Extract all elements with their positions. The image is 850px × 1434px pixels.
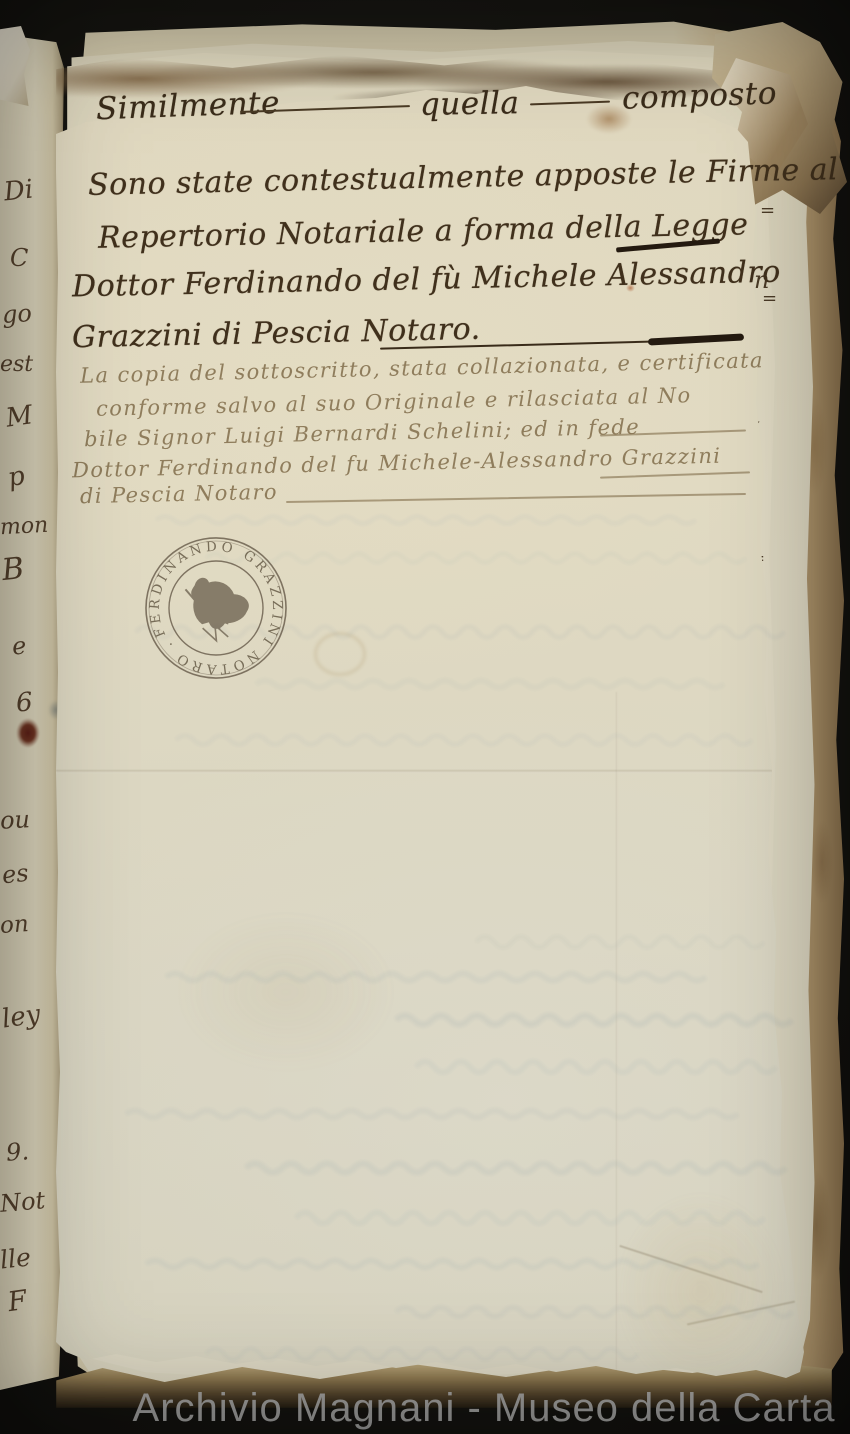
left-fragment: e <box>11 631 28 660</box>
left-fragment: B <box>0 551 26 588</box>
notary-stamp-seal: FERDINANDO GRAZZINI NOTARO . <box>138 530 294 686</box>
left-fragment: go <box>1 299 33 329</box>
left-fragment: Di <box>3 175 35 208</box>
scanned-document-page: Di C go est M p mon B e 6 ou es on ley 9… <box>0 0 850 1434</box>
left-fragment: F <box>6 1285 29 1318</box>
manuscript-partial-word: Similmente <box>95 85 280 127</box>
stamp-emblem-seated-figure <box>180 564 258 646</box>
left-fragment: 9. <box>5 1137 30 1167</box>
fold-crease <box>56 770 804 773</box>
left-fragment: es <box>1 859 30 890</box>
paper-stain <box>176 912 396 1072</box>
left-fragment: mon <box>0 513 49 540</box>
curled-corner-paper <box>0 26 30 106</box>
left-fragment: C <box>10 244 28 272</box>
notary-stamp: FERDINANDO GRAZZINI NOTARO . <box>138 530 294 686</box>
left-fragment: Not <box>0 1186 46 1218</box>
left-fragment: est <box>0 352 33 377</box>
fold-crease <box>619 1245 762 1293</box>
manuscript-faint-line: di Pescia Notaro <box>80 480 278 508</box>
left-fragment: lle <box>0 1242 32 1274</box>
left-fragment: 6 <box>15 687 34 718</box>
manuscript-partial-word: composto <box>621 75 777 116</box>
fold-crease <box>687 1301 795 1326</box>
manuscript-partial-word: quella <box>420 85 520 123</box>
left-fragment: on <box>0 911 30 939</box>
left-fragment: M <box>4 400 35 433</box>
paper-stain <box>314 632 366 676</box>
left-fragment: ou <box>0 805 31 835</box>
fold-crease <box>616 692 618 1382</box>
left-fragment: ley <box>0 999 42 1034</box>
archive-watermark-caption: Archivio Magnani - Museo della Carta <box>133 1386 836 1431</box>
right-fragment: = <box>760 200 775 221</box>
right-fragment: = <box>762 288 777 309</box>
